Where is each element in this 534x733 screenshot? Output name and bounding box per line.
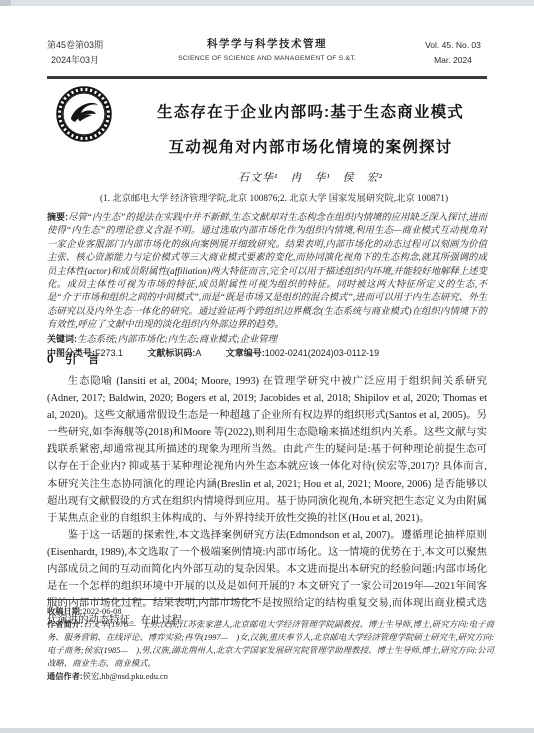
doc-code-label: 文献标识码:: [147, 348, 195, 358]
received-date-label: 收稿日期:: [47, 607, 82, 616]
received-date-row: 收稿日期:2022-06-08: [47, 605, 494, 618]
paper-page: 第45卷第03期 2024年03月 科学学与科学技术管理 SCIENCE OF …: [0, 0, 534, 733]
footnote-block: 收稿日期:2022-06-08 作者简介:石文华(1976— ),男,汉族,江苏…: [47, 605, 494, 683]
author-names: 石文华¹ 冉 华¹ 侯 宏²: [125, 169, 496, 185]
article-title-line2: 互动视角对内部市场化情境的案例探讨: [125, 130, 496, 165]
introduction-body: 生态隐喻 (Iansiti et al, 2004; Moore, 1993) …: [47, 373, 487, 629]
header-volume-issue: 第45卷第03期 2024年03月: [47, 38, 103, 68]
article-no-pair: 文章编号:1002-0241(2024)03-0112-19: [226, 347, 379, 361]
classification-line: 中图分类号:F273.1 文献标识码:A 文章编号:1002-0241(2024…: [47, 347, 487, 361]
article-no-label: 文章编号:: [226, 348, 265, 358]
keywords-text: 生态系统;内部市场化;内生态;商业模式;企业管理: [77, 335, 277, 345]
author-bio-label: 作者简介:: [47, 620, 83, 629]
author-affiliation: (1. 北京邮电大学 经济管理学院,北京 100876;2. 北京大学 国家发展…: [47, 190, 501, 204]
date-en-text: Mar. 2024: [408, 53, 498, 68]
author-bio-row: 作者简介:石文华(1976— ),男,汉族,江苏张家港人,北京邮电大学经济管理学…: [47, 618, 494, 670]
header-journal-name: 科学学与科学技术管理 SCIENCE OF SCIENCE AND MANAGE…: [120, 37, 414, 65]
intro-paragraph-1: 生态隐喻 (Iansiti et al, 2004; Moore, 1993) …: [47, 373, 487, 527]
journal-seal-icon: [56, 86, 112, 142]
article-title: 生态存在于企业内部吗:基于生态商业模式 互动视角对内部市场化情境的案例探讨: [125, 95, 496, 165]
abstract-text: 尽管“内生态”的提法在实践中并不新鲜,生态文献却对生态构念在组织内情境的应用缺乏…: [47, 213, 487, 330]
corresponding-author-row: 通信作者:侯宏,hh@nsd.pku.edu.cn: [47, 670, 494, 683]
footnote-rule: [47, 599, 255, 600]
viewer-top-edge: [0, 0, 534, 6]
article-title-line1: 生态存在于企业内部吗:基于生态商业模式: [125, 95, 496, 130]
author-bio-text: 石文华(1976— ),男,汉族,江苏张家港人,北京邮电大学经济管理学院副教授、…: [47, 620, 494, 668]
section-heading-introduction: 0 引 言: [47, 351, 99, 367]
volume-issue-text: 第45卷第03期: [47, 38, 103, 53]
keywords-line: 关键词:生态系统;内部市场化;内生态;商业模式;企业管理: [47, 333, 487, 347]
header-rule: [47, 76, 487, 79]
doc-code-pair: 文献标识码:A: [147, 347, 201, 361]
header-volume-en: Vol. 45. No. 03 Mar. 2024: [408, 38, 498, 68]
viewer-bottom-edge: [0, 728, 534, 733]
date-cn-text: 2024年03月: [47, 53, 103, 68]
corresponding-author-label: 通信作者:: [47, 672, 82, 681]
journal-name-en: SCIENCE OF SCIENCE AND MANAGEMENT OF S.&…: [120, 52, 414, 65]
abstract-paragraph: 摘要:尽管“内生态”的提法在实践中并不新鲜,生态文献却对生态构念在组织内情境的应…: [47, 211, 487, 333]
abstract-label: 摘要:: [47, 212, 68, 222]
vol-en-text: Vol. 45. No. 03: [408, 38, 498, 53]
viewer-top-edge-corner: [0, 0, 11, 6]
keywords-label: 关键词:: [47, 334, 77, 344]
journal-name-cn: 科学学与科学技术管理: [120, 37, 414, 52]
doc-code-value: A: [195, 348, 201, 358]
received-date-value: 2022-06-08: [82, 607, 121, 616]
abstract-block: 摘要:尽管“内生态”的提法在实践中并不新鲜,生态文献却对生态构念在组织内情境的应…: [47, 211, 487, 361]
article-no-value: 1002-0241(2024)03-0112-19: [265, 348, 379, 358]
corresponding-author-value: 侯宏,hh@nsd.pku.edu.cn: [82, 672, 167, 681]
